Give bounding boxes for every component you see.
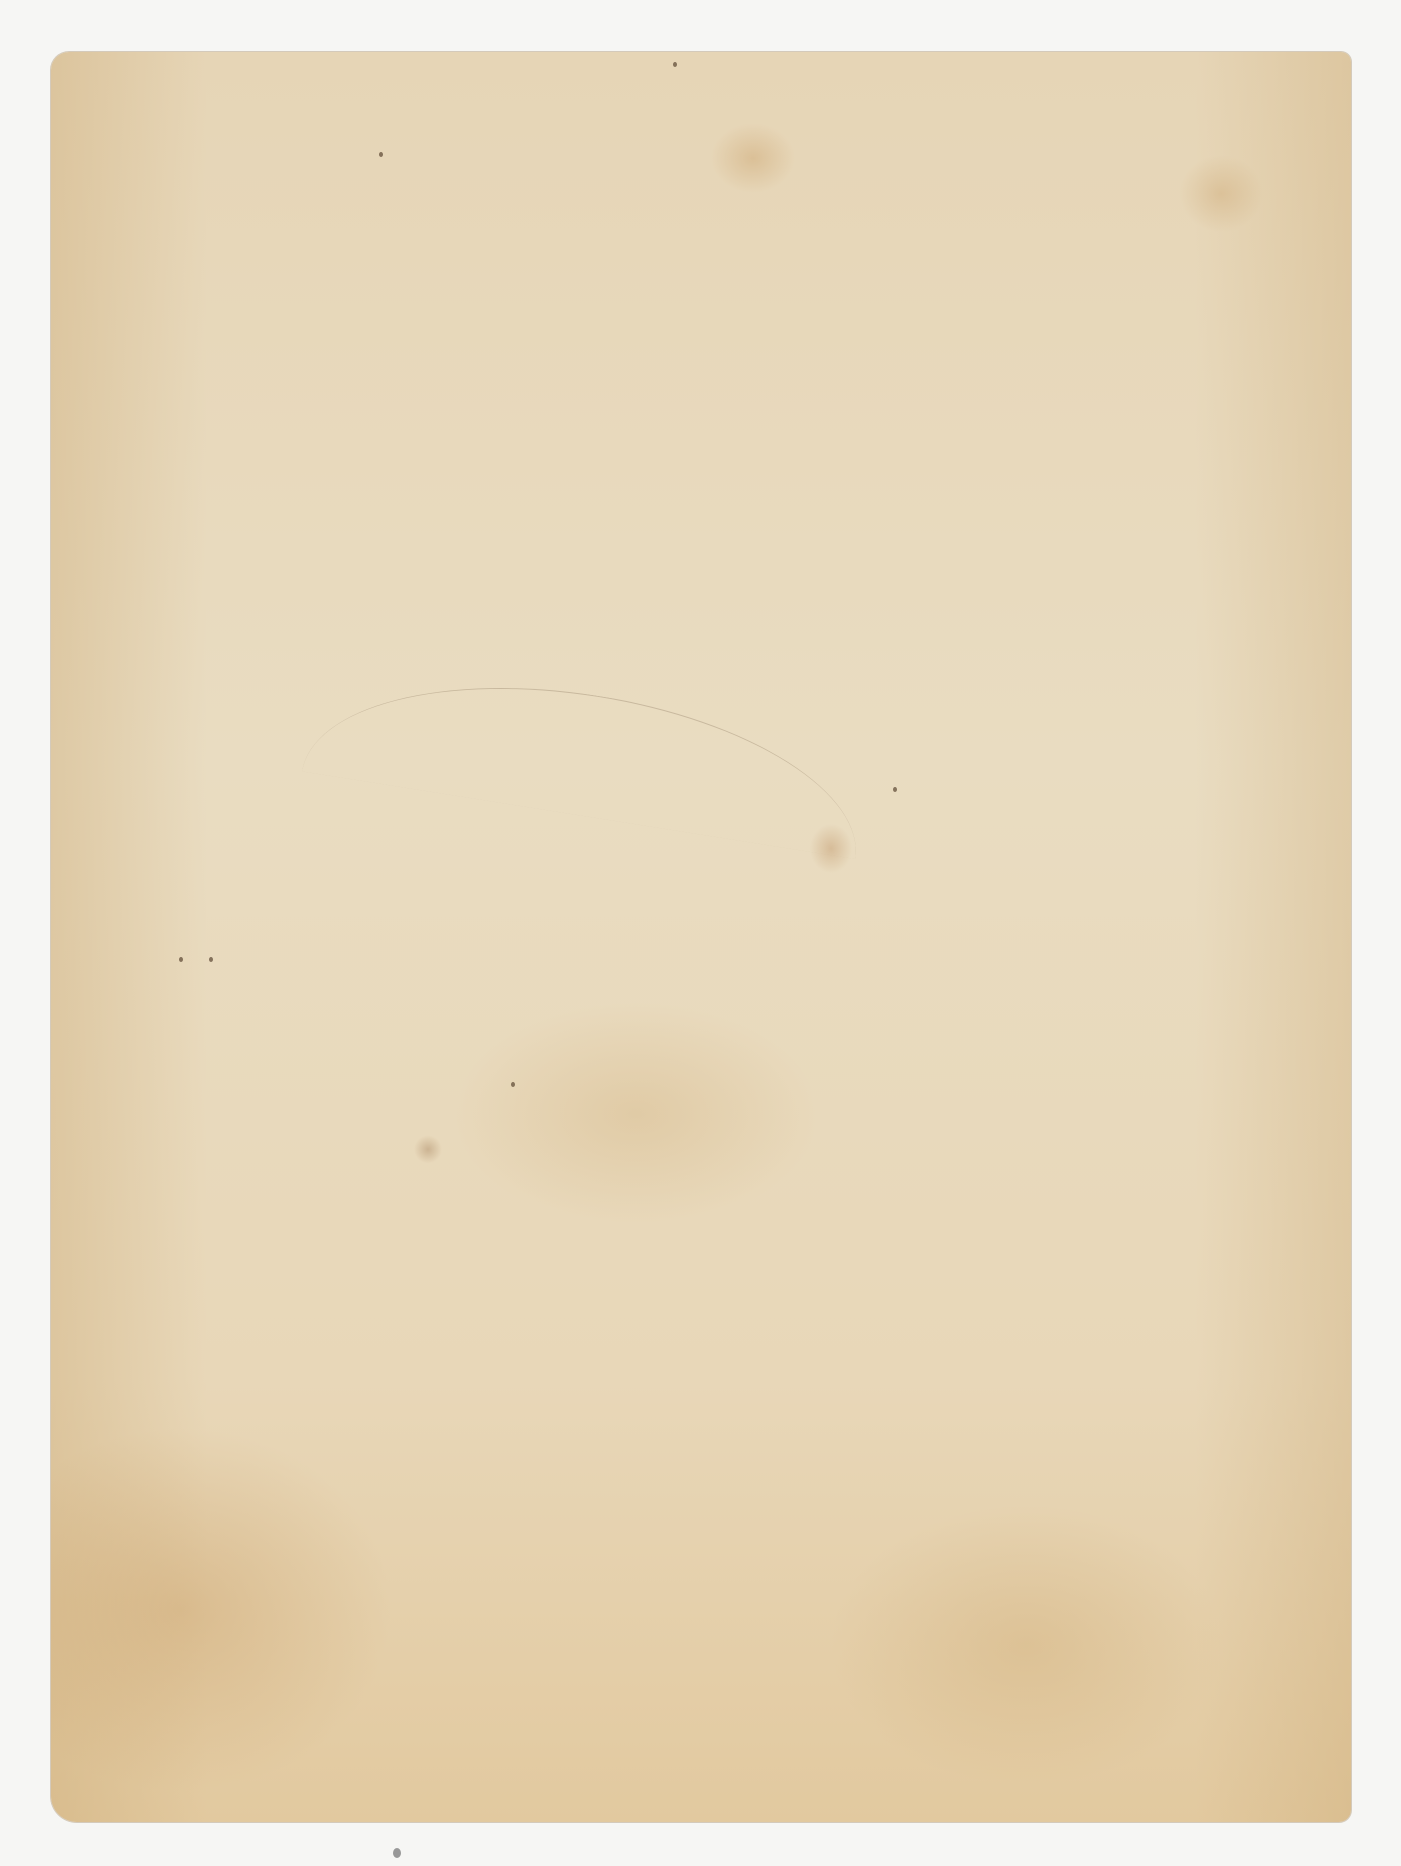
scratch-mark xyxy=(302,652,874,859)
speck xyxy=(179,957,183,962)
speck xyxy=(393,1848,401,1858)
speck xyxy=(511,1082,515,1087)
speck xyxy=(209,957,213,962)
speck xyxy=(673,62,677,67)
photo-card-back xyxy=(51,52,1351,1822)
speck xyxy=(893,787,897,792)
speck xyxy=(379,152,383,157)
